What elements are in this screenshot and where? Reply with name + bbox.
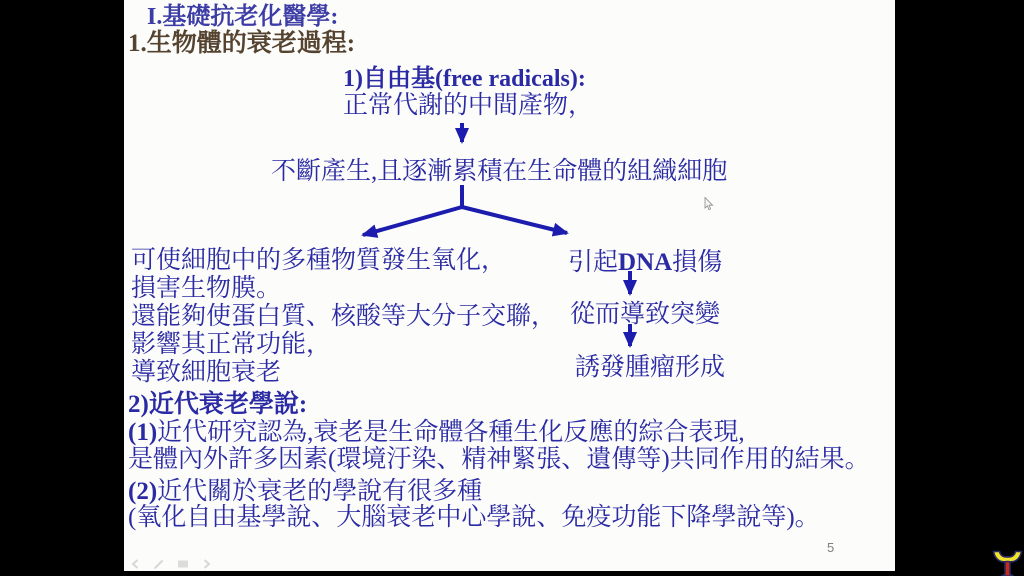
- step1-pre: 引起: [568, 249, 618, 276]
- left-branch-line: 影響其正常功能，: [131, 332, 331, 358]
- left-branch-line: 可使細胞中的多種物質發生氧化，: [131, 248, 506, 274]
- right-branch-step-2: 從而導致突變: [570, 302, 720, 328]
- accumulation-line: 不斷產生,且逐漸累積在生命體的組織細胞: [271, 159, 727, 185]
- left-branch-line: 導致細胞衰老: [131, 360, 281, 386]
- right-branch-step-1: 引起DNA損傷: [568, 250, 722, 276]
- page-number: 5: [827, 540, 834, 555]
- presenter-toolbar[interactable]: [129, 558, 213, 570]
- slide-box-icon[interactable]: [177, 558, 189, 570]
- theories-line-2: 是體內外許多因素(環境汙染、精神緊張、遺傳等)共同作用的結果。: [128, 447, 870, 473]
- channel-logo-icon: [992, 550, 1023, 576]
- back-arrow-icon[interactable]: [129, 558, 141, 570]
- pen-icon[interactable]: [153, 558, 165, 570]
- theories-line-3: (2)近代關於衰老的學說有很多種: [128, 479, 482, 505]
- step1-dna: DNA: [618, 249, 672, 276]
- left-branch-line: 損害生物膜。: [131, 276, 281, 302]
- slide-title: I.基礎抗老化醫學:: [147, 5, 338, 30]
- line1-prefix: (1): [128, 419, 157, 446]
- left-branch-line: 還能夠使蛋白質、核酸等大分子交聯，: [131, 304, 556, 330]
- free-radicals-heading: 1)自由基(free radicals):: [343, 67, 586, 92]
- right-branch-step-3: 誘發腫瘤形成: [575, 355, 725, 381]
- video-frame: { "app": { "view": "presentation-slidesh…: [0, 0, 1024, 576]
- line1-text: 近代研究認為,衰老是生命體各種生化反應的綜合表現,: [157, 419, 745, 446]
- arrow-branch-right: [462, 207, 567, 233]
- theories-line-4: (氧化自由基學說、大腦衰老中心學說、免疫功能下降學說等)。: [128, 505, 820, 531]
- theories-heading: 2)近代衰老學說:: [128, 392, 307, 418]
- free-radicals-subheading: 正常代謝的中間產物，: [343, 93, 593, 119]
- line3-prefix: (2): [128, 478, 157, 505]
- step1-post: 損傷: [672, 249, 722, 276]
- slide-canvas[interactable]: I.基礎抗老化醫學: 1.生物體的衰老過程: 1)自由基(free radica…: [124, 0, 895, 571]
- arrow-branch-left: [363, 207, 462, 235]
- theories-line-1: (1)近代研究認為,衰老是生命體各種生化反應的綜合表現,: [128, 420, 745, 446]
- menu-arrow-icon[interactable]: [201, 558, 213, 570]
- mouse-cursor-icon: [704, 197, 714, 211]
- line3-text: 近代關於衰老的學說有很多種: [157, 478, 482, 505]
- slide-subtitle: 1.生物體的衰老過程:: [128, 31, 355, 57]
